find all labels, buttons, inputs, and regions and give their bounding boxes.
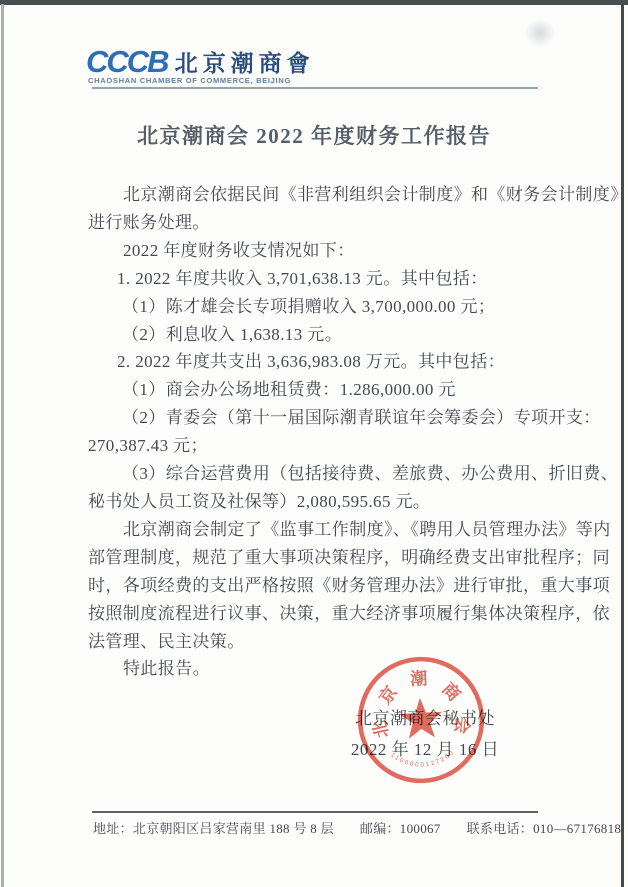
body-line: （2）利息收入 1,638.13 元。 <box>88 321 548 349</box>
footer-phone: 联系电话：010—67176818 <box>467 818 622 837</box>
footer-postcode: 邮编：100067 <box>360 818 441 837</box>
logo-acronym: CCCB <box>86 47 168 77</box>
body-line: 1. 2022 年度共收入 3,701,638.13 元。其中包括： <box>88 265 548 293</box>
body-line: （3）综合运营费用（包括接待费、差旅费、办公费用、折旧费、 <box>88 460 548 488</box>
body-line: （1）商会办公场地租赁费：1.286,000.00 元 <box>88 376 548 404</box>
body-line: （1）陈才雄会长专项捐赠收入 3,700,000.00 元； <box>88 293 548 321</box>
scan-edge-top <box>0 0 628 5</box>
body-line: 时，各项经费的支出严格按照《财务管理办法》进行审批，重大事项 <box>88 572 548 600</box>
body-line: （2）青委会（第十一届国际潮青联谊年会筹委会）专项开支： <box>88 404 548 432</box>
scanned-document-page: CCCB 北京潮商會 CHAOSHAN CHAMBER OF COMMERCE,… <box>0 0 628 887</box>
seal-serial-number: 1100000127200 <box>389 748 457 770</box>
seal-ring-char: 北 <box>370 719 392 740</box>
body-line: 进行账务处理。 <box>88 209 548 237</box>
seal-ring-char: 潮 <box>410 669 429 689</box>
seal-ring-char: 京 <box>375 682 401 708</box>
org-logo: CCCB 北京潮商會 <box>86 47 315 77</box>
seal-star-icon <box>399 697 443 740</box>
body-line: 按照制度流程进行议事、决策，重大经济事项履行集体决策程序，依 <box>88 600 548 628</box>
body-line: 部管理制度，规范了重大事项决策程序，明确经费支出审批程序；同 <box>88 544 548 572</box>
seal-ring-char: 会 <box>451 715 473 735</box>
logo-tagline: CHAOSHAN CHAMBER OF COMMERCE, BEIJING <box>88 76 291 85</box>
document-body: 北京潮商会依据民间《非营利组织会计制度》和《财务会计制度》 进行账务处理。 20… <box>88 181 548 683</box>
svg-text:1100000127200: 1100000127200 <box>389 748 457 770</box>
body-line: 北京潮商会依据民间《非营利组织会计制度》和《财务会计制度》 <box>88 181 548 209</box>
body-line: 北京潮商会制定了《监事工作制度》、《聘用人员管理办法》等内 <box>88 516 548 544</box>
official-seal: 北 京 潮 商 会 1100000127200 <box>346 645 495 794</box>
body-line: 秘书处人员工资及社保等）2,080,595.65 元。 <box>88 488 548 516</box>
seal-ring-char: 商 <box>438 679 464 705</box>
header-rule <box>92 87 538 89</box>
body-line: 270,387.43 元； <box>88 432 548 460</box>
logo-chinese-name: 北京潮商會 <box>175 51 315 77</box>
document-title: 北京潮商会 2022 年度财务工作报告 <box>0 120 628 150</box>
body-line: 2. 2022 年度共支出 3,636,983.08 万元。其中包括： <box>88 348 548 376</box>
scan-smudge-artifact <box>524 18 556 48</box>
footer-address: 地址：北京朝阳区吕家营南里 188 号 8 层 <box>93 818 334 837</box>
footer-rule <box>92 811 538 813</box>
body-line: 2022 年度财务收支情况如下： <box>88 237 548 265</box>
footer: 地址：北京朝阳区吕家营南里 188 号 8 层 邮编：100067 联系电话：0… <box>93 818 553 837</box>
